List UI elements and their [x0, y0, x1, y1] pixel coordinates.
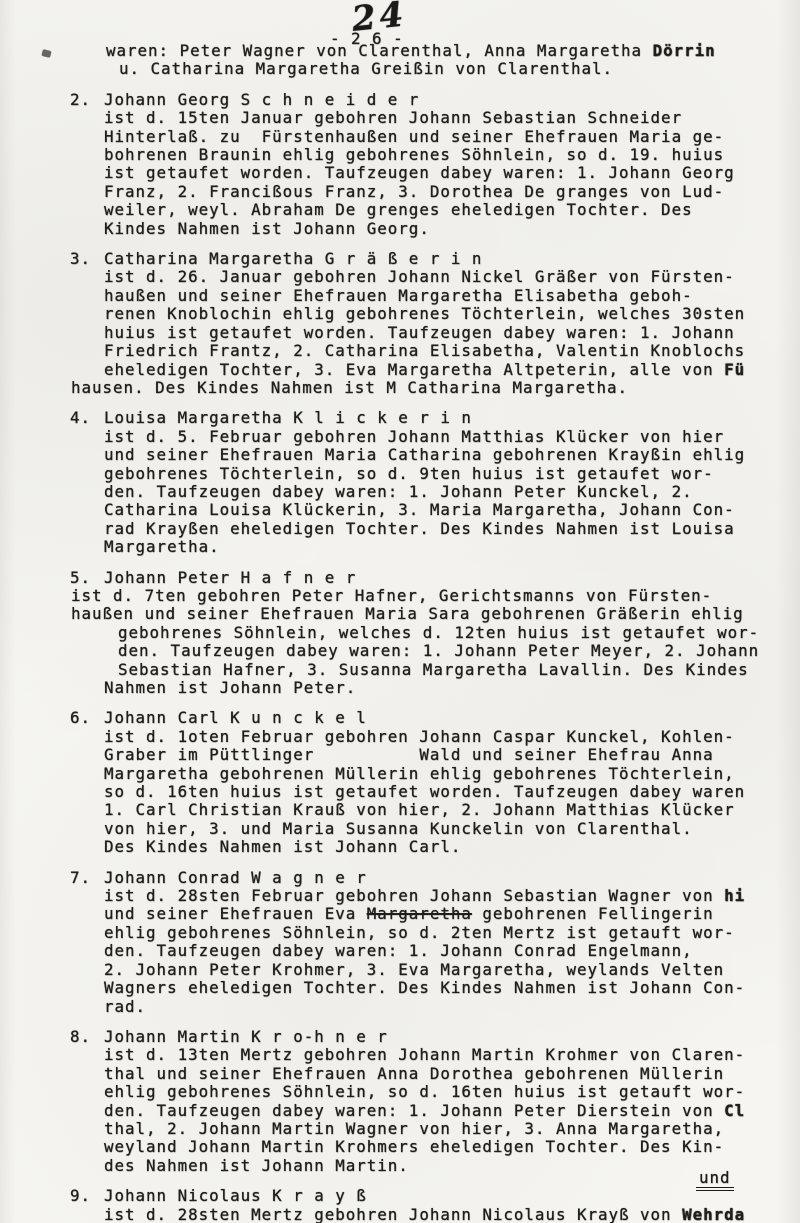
- entry-line: den. Taufzeugen dabey waren: 1. Johann P…: [104, 1102, 800, 1120]
- entry-line: rad Krayßen eheledigen Tochter. Des Kind…: [104, 520, 800, 538]
- register-entry: 7.Johann Conrad W a g n e rist d. 28sten…: [0, 869, 800, 1016]
- entry-line: gebohrenes Söhnlein, welches d. 12ten hu…: [118, 624, 800, 642]
- entry-heading: Catharina Margaretha G r ä ß e r i n: [104, 250, 800, 268]
- text-segment: ist d. 28sten Februar gebohren Johann Se…: [104, 886, 724, 905]
- dark-text: Fü: [724, 360, 745, 379]
- register-entry: 3.Catharina Margaretha G r ä ß e r i nis…: [0, 250, 800, 397]
- entry-number: 7.: [70, 869, 91, 887]
- register-entry: 6.Johann Carl K u n c k e list d. 1oten …: [0, 709, 800, 856]
- dark-text: hi: [724, 886, 745, 905]
- entry-line: den. Taufzeugen dabey waren: 1. Johann C…: [104, 942, 800, 960]
- entry-line: Kindes Nahmen ist Johann Georg.: [104, 220, 800, 238]
- entry-line: Wagners eheledigen Tochter. Des Kindes N…: [104, 979, 800, 997]
- entry-line: huius ist getaufet worden. Taufzeugen da…: [104, 324, 800, 342]
- entries-list: 2.Johann Georg S c h n e i d e rist d. 1…: [0, 91, 800, 1223]
- catchword: und: [696, 1169, 734, 1191]
- entry-line: so d. 16ten huius ist getaufet worden. T…: [104, 783, 800, 801]
- entry-line: Margaretha.: [104, 538, 800, 556]
- entry-number: 2.: [70, 91, 91, 109]
- entry-line: ehlig gebohrenes Söhnlein, so d. 16ten h…: [104, 1083, 800, 1101]
- intro-line: waren: Peter Wagner von Clarenthal, Anna…: [106, 42, 800, 60]
- entry-line: den. Taufzeugen dabey waren: 1. Johann P…: [104, 483, 800, 501]
- entry-number: 9.: [70, 1187, 91, 1205]
- entry-line: und seiner Ehefrauen Maria Catharina geb…: [104, 446, 800, 464]
- entry-line: Franz, 2. Francißous Franz, 3. Dorothea …: [104, 183, 800, 201]
- entry-line: haußen und seiner Ehefrauen Margaretha E…: [104, 287, 800, 305]
- entry-number: 6.: [70, 709, 91, 727]
- entry-heading: Johann Conrad W a g n e r: [104, 869, 800, 887]
- text-segment: gebohrenen Fellingerin: [472, 904, 714, 923]
- entry-line: hausen. Des Kindes Nahmen ist M Catharin…: [71, 379, 800, 397]
- register-entry: 5.Johann Peter H a f n e rist d. 7ten ge…: [0, 569, 800, 698]
- entry-line: Des Kindes Nahmen ist Johann Carl.: [104, 838, 800, 856]
- entry-number: 4.: [70, 409, 91, 427]
- entry-line: Graber im Püttlinger Wald und seiner Ehe…: [104, 746, 800, 764]
- entry-line: weiler, weyl. Abraham De grenges eheledi…: [104, 201, 800, 219]
- entry-line: Hinterlaß. zu Fürstenhaußen und seiner E…: [104, 128, 800, 146]
- text-segment: eheledigen Tochter, 3. Eva Margaretha Al…: [104, 360, 724, 379]
- entry-line: thal und seiner Ehefrauen Anna Dorothea …: [104, 1065, 800, 1083]
- entry-line: ist d. 26. Januar gebohren Johann Nickel…: [104, 268, 800, 286]
- entry-line: ist d. 1oten Februar gebohren Johann Cas…: [104, 728, 800, 746]
- register-entry: 8.Johann Martin K r o-h n e rist d. 13te…: [0, 1028, 800, 1175]
- entry-number: 8.: [70, 1028, 91, 1046]
- dark-text: Wehrda: [682, 1205, 745, 1223]
- dark-text: Cl: [724, 1101, 745, 1120]
- entry-line: renen Knoblochin ehlig gebohrenes Töchte…: [104, 305, 800, 323]
- entry-line: Nahmen ist Johann Peter.: [104, 679, 800, 697]
- entry-line: Sebastian Hafner, 3. Susanna Margaretha …: [118, 661, 800, 679]
- register-entry: 4.Louisa Margaretha K l i c k e r i nist…: [0, 409, 800, 556]
- entry-line: ist d. 28sten Februar gebohren Johann Se…: [104, 887, 800, 905]
- entry-line: 2. Johann Peter Krohmer, 3. Eva Margaret…: [104, 961, 800, 979]
- entry-line: den. Taufzeugen dabey waren: 1. Johann P…: [118, 642, 800, 660]
- text-segment: den. Taufzeugen dabey waren: 1. Johann P…: [104, 1101, 724, 1120]
- entry-number: 3.: [70, 250, 91, 268]
- text-segment: ist d. 28sten Mertz gebohren Johann Nico…: [104, 1205, 682, 1223]
- text-segment: und seiner Ehefrauen Eva: [104, 904, 367, 923]
- entry-line: Catharina Louisa Klückerin, 3. Maria Mar…: [104, 501, 800, 519]
- entry-line: weyland Johann Martin Krohmers eheledige…: [104, 1138, 800, 1156]
- entry-line: eheledigen Tochter, 3. Eva Margaretha Al…: [104, 361, 800, 379]
- register-entry: 2.Johann Georg S c h n e i d e rist d. 1…: [0, 91, 800, 238]
- entry-heading: Johann Peter H a f n e r: [104, 569, 800, 587]
- entry-line: ist getaufet worden. Taufzeugen dabey wa…: [104, 164, 800, 182]
- entry-line: Margaretha gebohrenen Müllerin ehlig geb…: [104, 765, 800, 783]
- page: 24 - 2 6 - waren: Peter Wagner von Clare…: [0, 0, 800, 1223]
- entry-line: von hier, 3. und Maria Susanna Kunckelin…: [104, 820, 800, 838]
- entry-line: ist d. 28sten Mertz gebohren Johann Nico…: [104, 1206, 800, 1223]
- entry-line: ist d. 13ten Mertz gebohren Johann Marti…: [104, 1046, 800, 1064]
- register-entry: 9.Johann Nicolaus K r a y ßist d. 28sten…: [0, 1187, 800, 1223]
- entry-heading: Johann Carl K u n c k e l: [104, 709, 800, 727]
- entry-line: thal, 2. Johann Martin Wagner von hier, …: [104, 1120, 800, 1138]
- entry-line: ist d. 7ten gebohren Peter Hafner, Geric…: [71, 587, 800, 605]
- entry-line: Friedrich Frantz, 2. Catharina Elisabeth…: [104, 342, 800, 360]
- entry-line: 1. Carl Christian Krauß von hier, 2. Joh…: [104, 801, 800, 819]
- entry-line: haußen und seiner Ehefrauen Maria Sara g…: [71, 605, 800, 623]
- entry-line: rad.: [104, 998, 800, 1016]
- dark-text: Dörrin: [653, 41, 716, 60]
- entry-heading: Louisa Margaretha K l i c k e r i n: [104, 409, 800, 427]
- entry-line: ehlig gebohrenes Söhnlein, so d. 2ten Me…: [104, 924, 800, 942]
- page-number-typed: - 2 6 -: [330, 30, 404, 48]
- entry-number: 5.: [70, 569, 91, 587]
- entry-line: bohrenen Braunin ehlig gebohrenes Söhnle…: [104, 146, 800, 164]
- entry-line: und seiner Ehefrauen Eva Margaretha gebo…: [104, 905, 800, 923]
- entry-heading: Johann Martin K r o-h n e r: [104, 1028, 800, 1046]
- struck-text: Margaretha: [367, 904, 472, 923]
- entry-line: gebohrenes Töchterlein, so d. 9ten huius…: [104, 465, 800, 483]
- entry-line: ist d. 5. Februar gebohren Johann Matthi…: [104, 428, 800, 446]
- entry-line: ist d. 15ten Januar gebohren Johann Seba…: [104, 109, 800, 127]
- entry-heading: Johann Georg S c h n e i d e r: [104, 91, 800, 109]
- intro-line: u. Catharina Margaretha Greißin von Clar…: [119, 60, 800, 78]
